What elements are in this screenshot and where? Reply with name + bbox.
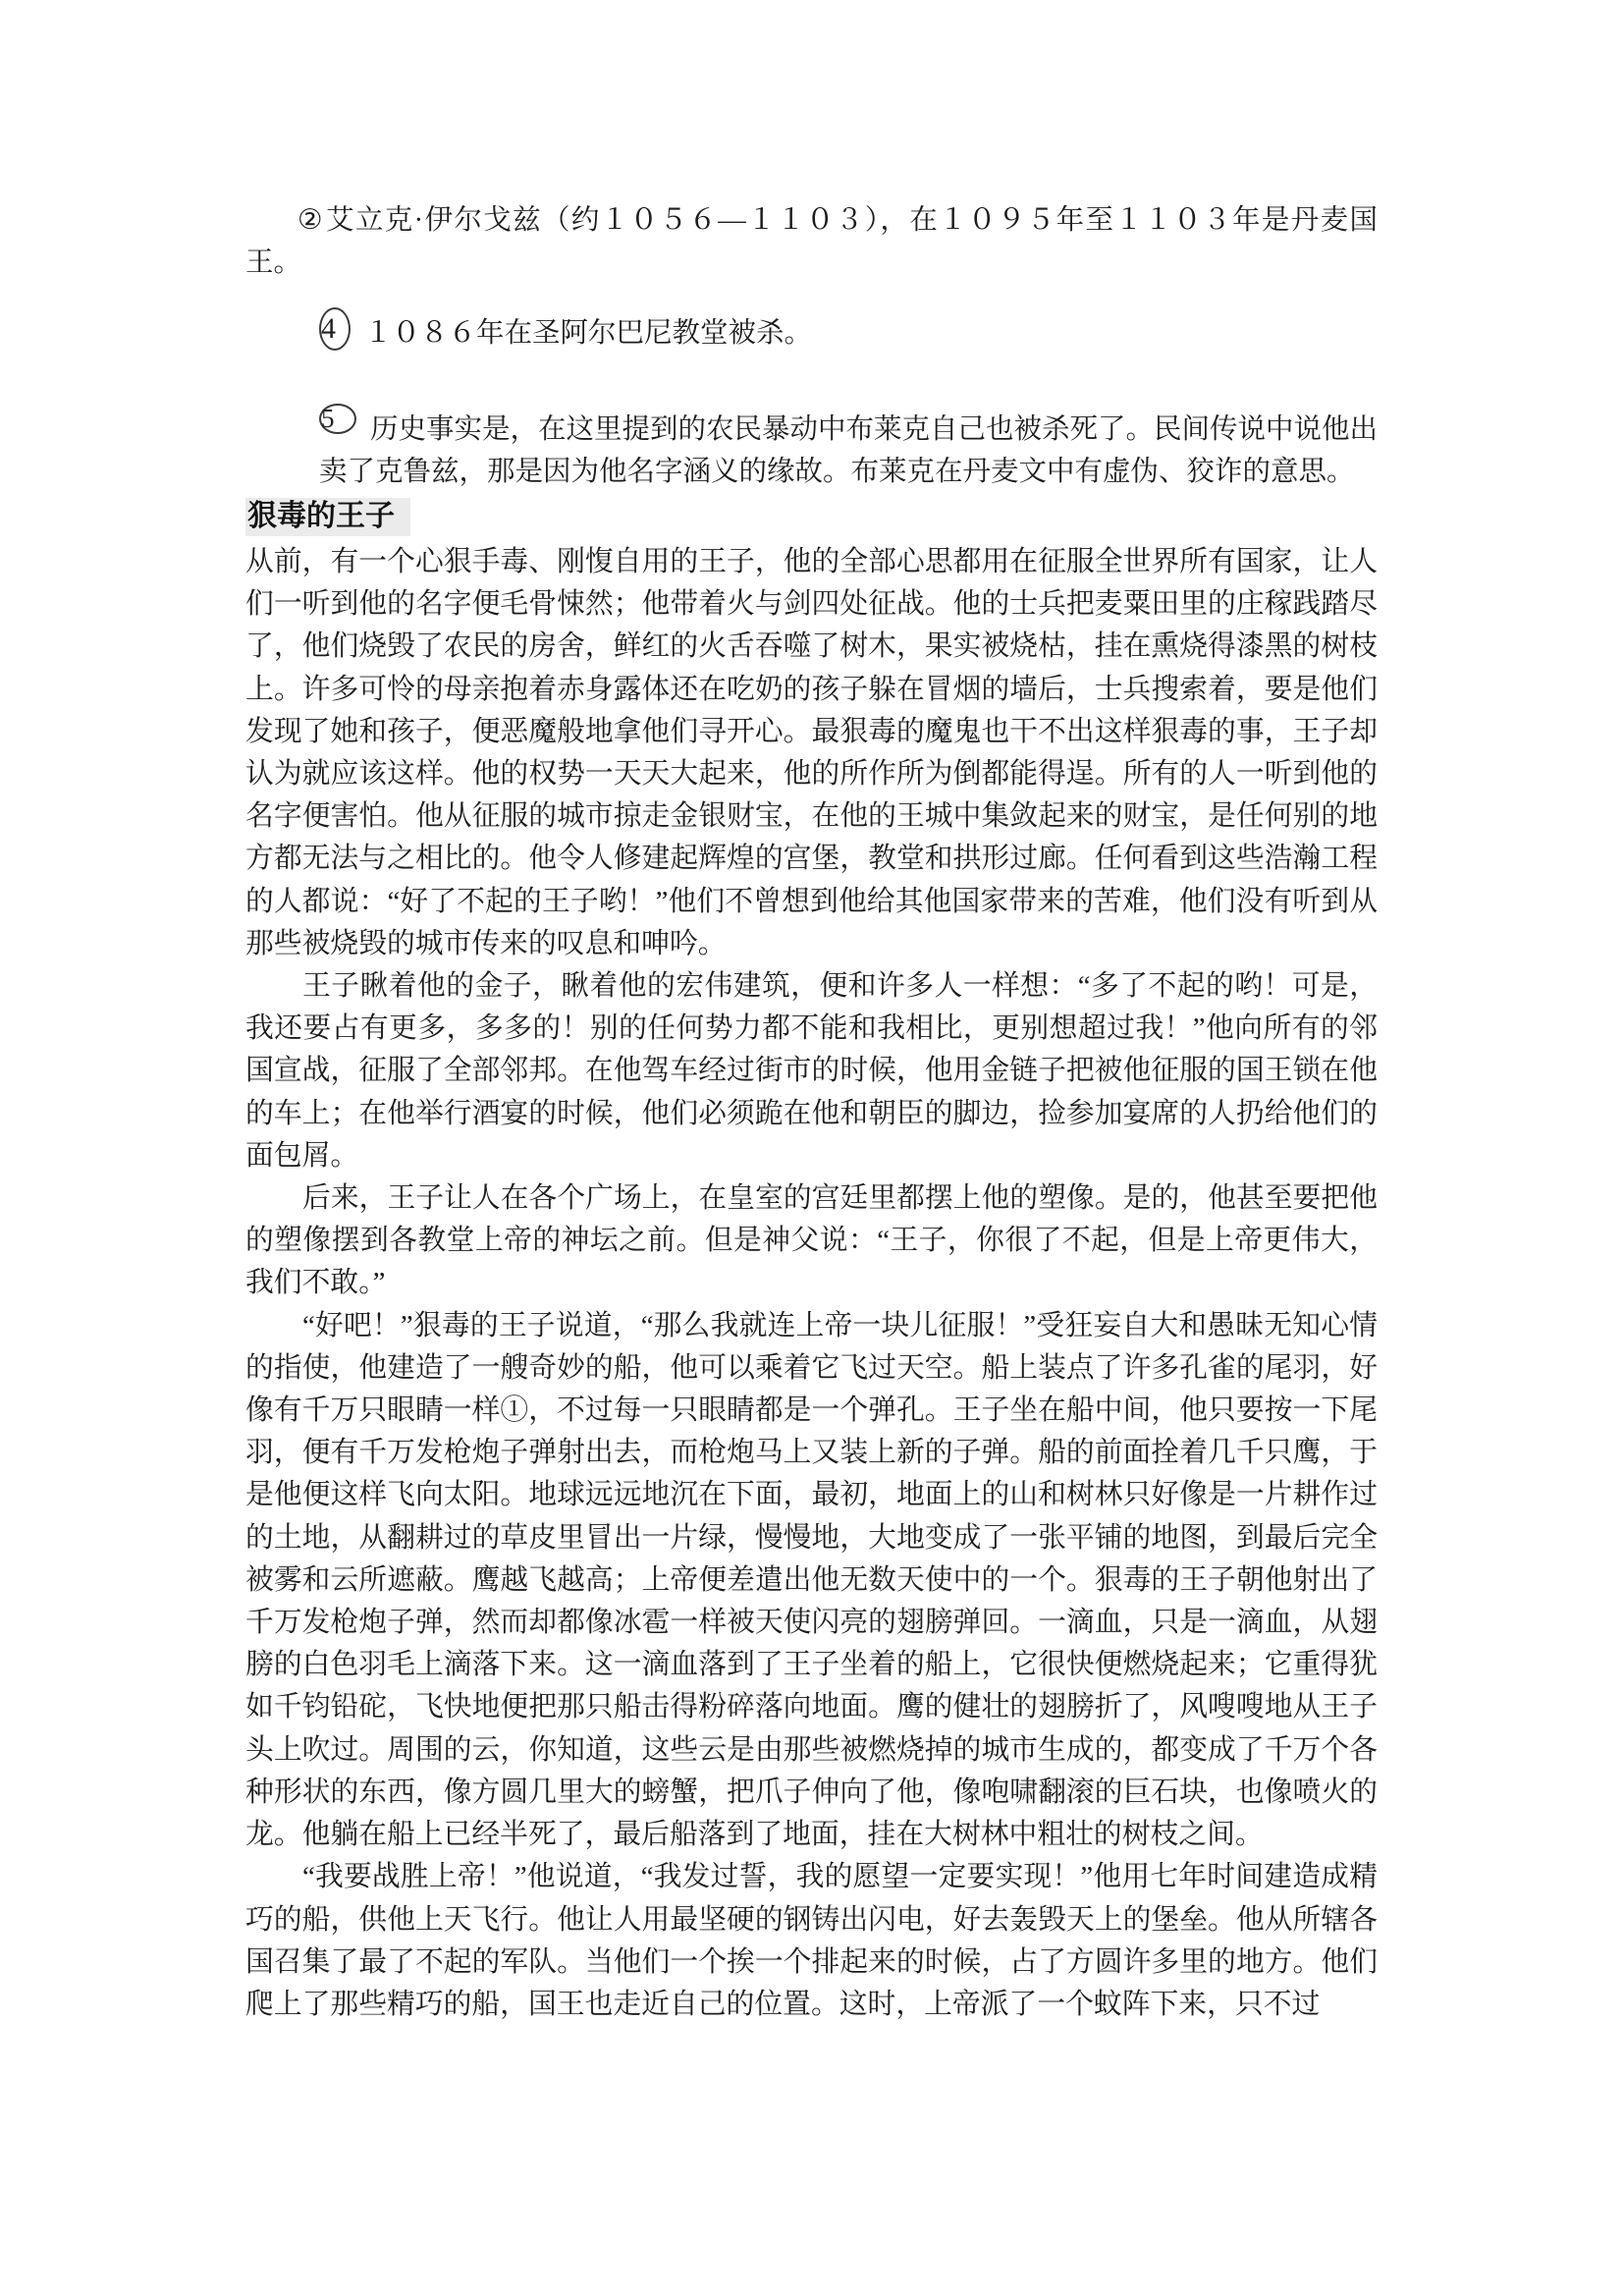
footnote-5: 5历史事实是，在这里提到的农民暴动中布莱克自己也被杀死了。民间传说中说他出卖了克…	[319, 409, 1378, 493]
story-paragraph-2: 王子瞅着他的金子，瞅着他的宏伟建筑，便和许多人一样想：“多了不起的哟！可是，我还…	[245, 965, 1378, 1177]
footnote-2: ②艾立克·伊尔戈兹（约１０５６—１１０３），在１０９５年至１１０３年是丹麦国王。	[245, 199, 1378, 284]
footnote-4-text: １０８６年在圣阿尔巴尼教堂被杀。	[364, 318, 812, 349]
footnote-2-text: 艾立克·伊尔戈兹（约１０５６—１１０３），在１０９５年至１１０３年是丹麦国王。	[245, 205, 1378, 278]
story-paragraph-5: “我要战胜上帝！”他说道，“我发过誓，我的愿望一定要实现！”他用七年时间建造成精…	[245, 1856, 1378, 2026]
footnote-4: 4１０８６年在圣阿尔巴尼教堂被杀。	[319, 311, 1378, 355]
document-page: ②艾立克·伊尔戈兹（约１０５６—１１０３），在１０９５年至１１０３年是丹麦国王。…	[0, 0, 1623, 2296]
circled-number-5-digit: 5	[321, 404, 335, 433]
page-content: ②艾立克·伊尔戈兹（约１０５６—１１０３），在１０９５年至１１０３年是丹麦国王。…	[245, 0, 1378, 2026]
circled-number-4-digit: 4	[321, 312, 336, 345]
story-paragraph-3: 后来，王子让人在各个广场上，在皇室的宫廷里都摆上他的塑像。是的，他甚至要把他的塑…	[245, 1177, 1378, 1305]
story-title: 狠毒的王子	[245, 498, 410, 536]
story-paragraph-4: “好吧！”狠毒的王子说道，“那么我就连上帝一块儿征服！”受狂妄自大和愚昧无知心情…	[245, 1305, 1378, 1857]
circled-number-5-icon: 5	[319, 404, 356, 434]
circled-number-4-icon: 4	[319, 307, 351, 351]
footnote-5-text: 历史事实是，在这里提到的农民暴动中布莱克自己也被杀死了。民间传说中说他出卖了克鲁…	[319, 414, 1378, 487]
story-paragraph-1: 从前，有一个心狠手毒、刚愎自用的王子，他的全部心思都用在征服全世界所有国家，让人…	[245, 541, 1378, 965]
footnote-2-marker: ②	[298, 205, 326, 236]
